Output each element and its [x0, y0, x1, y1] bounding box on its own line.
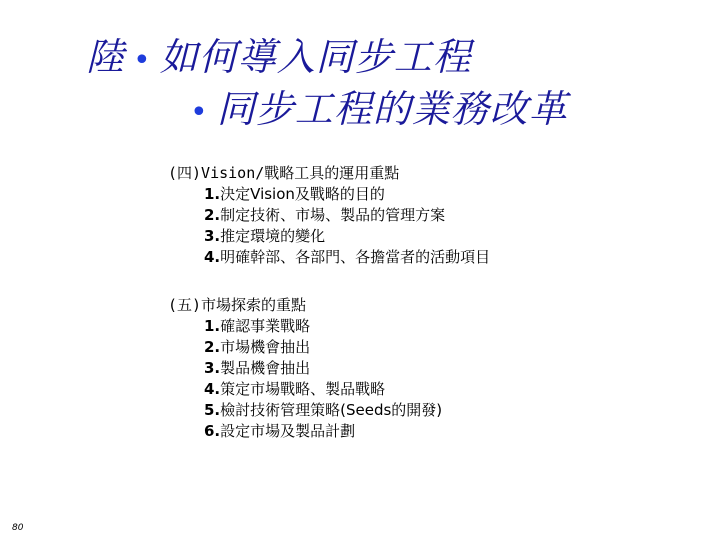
- slide-title-line-2: •同步工程的業務改革: [182, 90, 568, 128]
- bullet-icon: •: [133, 43, 152, 78]
- title-text: 如何導入同步工程: [160, 35, 472, 79]
- list-item: 1.確認事業戰略: [204, 316, 442, 337]
- section-heading: (四)Vision/戰略工具的運用重點: [168, 163, 490, 184]
- slide-title-line-1: 陸•如何導入同步工程: [86, 38, 472, 76]
- list-item: 4.策定市場戰略、製品戰略: [204, 379, 442, 400]
- list-item: 2.制定技術、市場、製品的管理方案: [204, 205, 490, 226]
- list-item: 1.決定Vision及戰略的目的: [204, 184, 490, 205]
- list-item: 3.製品機會抽出: [204, 358, 442, 379]
- page-number: 80: [12, 523, 23, 533]
- list-item: 3.推定環境的變化: [204, 226, 490, 247]
- section-vision-strategy: (四)Vision/戰略工具的運用重點 1.決定Vision及戰略的目的 2.制…: [168, 163, 490, 268]
- section-heading: (五)市場探索的重點: [168, 295, 442, 316]
- subtitle-text: 同步工程的業務改革: [217, 87, 568, 131]
- section-market-exploration: (五)市場探索的重點 1.確認事業戰略 2.市場機會抽出 3.製品機會抽出 4.…: [168, 295, 442, 442]
- list-item: 6.設定市場及製品計劃: [204, 421, 442, 442]
- title-prefix: 陸: [86, 35, 125, 79]
- list-item: 4.明確幹部、各部門、各擔當者的活動項目: [204, 247, 490, 268]
- bullet-icon: •: [190, 95, 209, 130]
- list-item: 5.檢討技術管理策略(Seeds的開發): [204, 400, 442, 421]
- list-item: 2.市場機會抽出: [204, 337, 442, 358]
